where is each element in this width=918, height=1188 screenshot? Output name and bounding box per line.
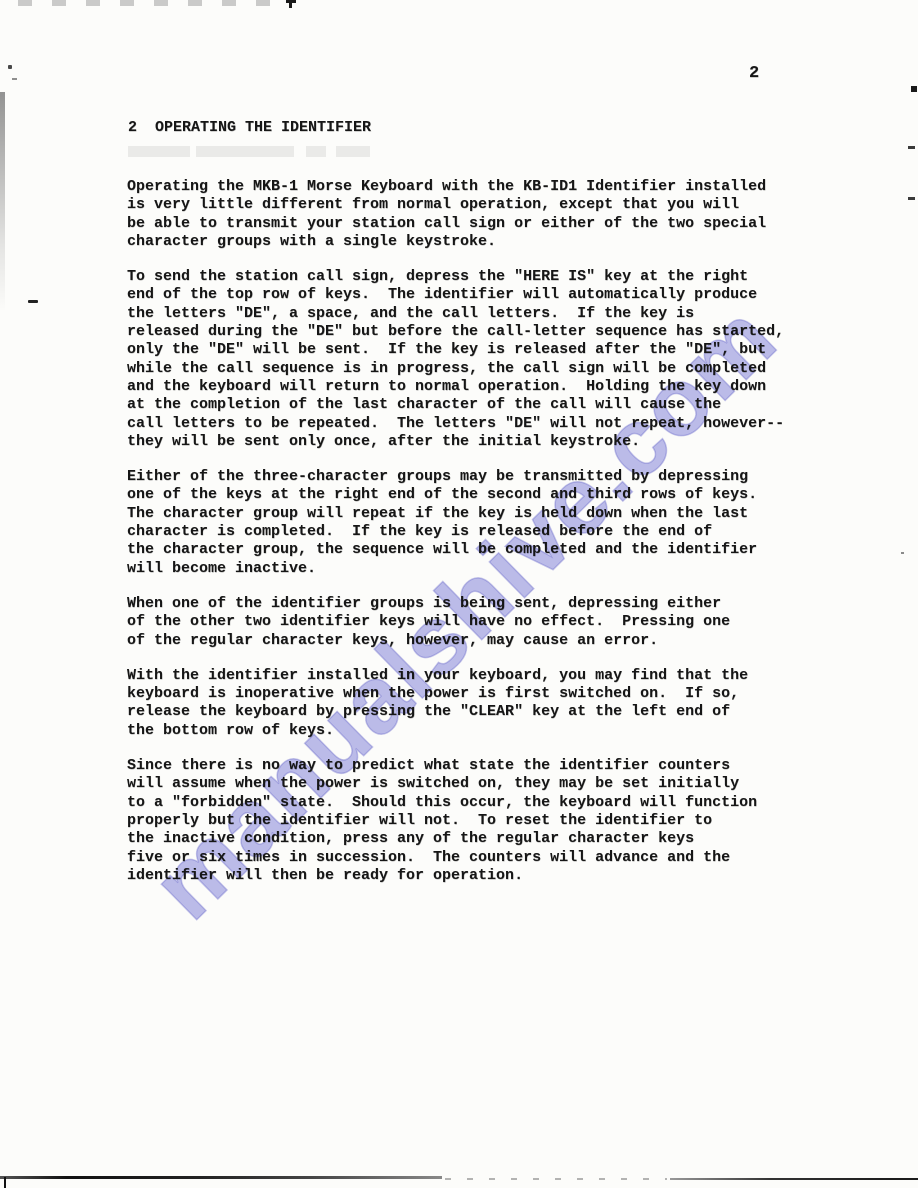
scan-artifact-top-mark — [289, 3, 292, 8]
scan-ghost — [306, 146, 326, 157]
section-heading: 2 OPERATING THE IDENTIFIER — [128, 119, 371, 136]
paragraph: Operating the MKB-1 Morse Keyboard with … — [127, 178, 817, 251]
paragraph: To send the station call sign, depress t… — [127, 268, 817, 451]
scan-artifact-bottom-tick — [4, 1177, 6, 1188]
scan-artifact-edge-mark — [908, 197, 915, 200]
page-number: 2 — [749, 64, 759, 83]
scan-ghost — [128, 146, 190, 157]
scan-artifact-edge-mark — [908, 146, 915, 149]
document-body: Operating the MKB-1 Morse Keyboard with … — [127, 178, 817, 902]
paragraph: With the identifier installed in your ke… — [127, 667, 817, 740]
paragraph: Since there is no way to predict what st… — [127, 757, 817, 885]
scan-artifact-left-strip — [0, 92, 5, 312]
scan-artifact-dash — [28, 300, 38, 303]
scan-ghost — [336, 146, 370, 157]
scan-artifact-top-dashes — [18, 0, 290, 6]
scanned-page: manualshive.com 2 2 OPERATING THE IDENTI… — [0, 0, 918, 1188]
scan-artifact-edge-mark — [901, 552, 904, 554]
scan-ghost — [196, 146, 294, 157]
scan-artifact-bottom-line — [0, 1176, 442, 1179]
scan-artifact-speck — [12, 78, 17, 80]
scan-artifact-bottom-line — [670, 1178, 918, 1180]
scan-artifact-bottom-dots — [445, 1178, 667, 1180]
scan-artifact-speck — [8, 65, 12, 69]
paragraph: Either of the three-character groups may… — [127, 468, 817, 578]
scan-artifact-edge-mark — [911, 86, 917, 92]
paragraph: When one of the identifier groups is bei… — [127, 595, 817, 650]
